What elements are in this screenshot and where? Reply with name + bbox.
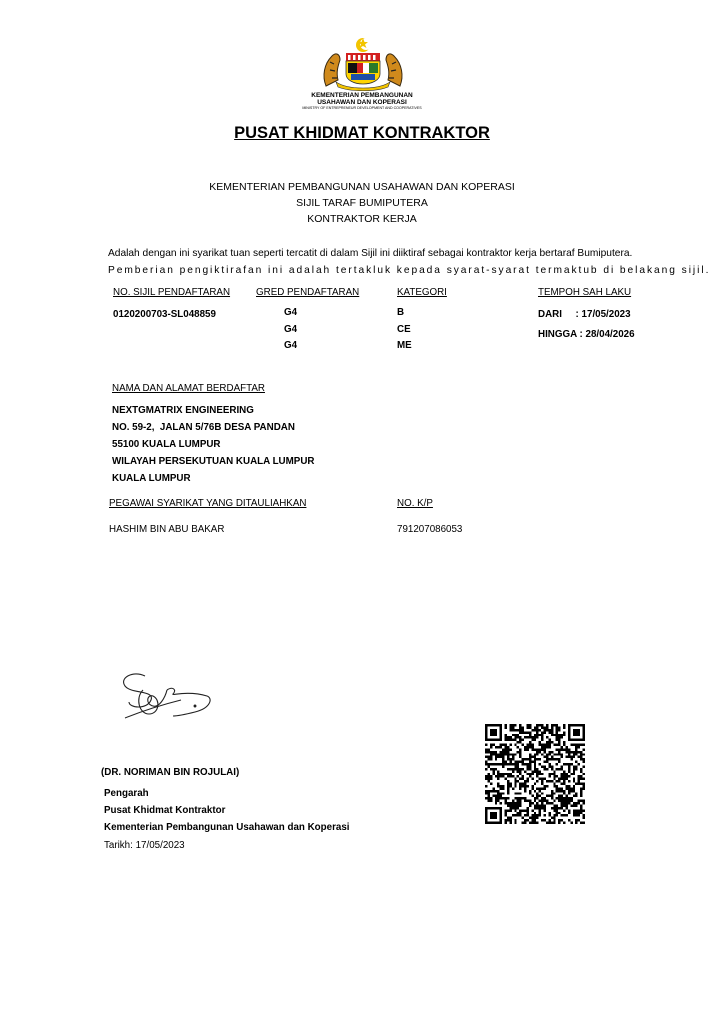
grade-list: G4 G4 G4 (284, 305, 297, 355)
ministry-english-name: MINISTRY OF ENTREPRENEUR DEVELOPMENT AND… (260, 106, 464, 111)
issue-date: Tarikh: 17/05/2023 (104, 840, 185, 851)
ministry-name-line-1: KEMENTERIAN PEMBANGUNAN (260, 92, 464, 99)
officer-ic-number: 791207086053 (397, 524, 462, 535)
validity-to: HINGGA : 28/04/2026 (538, 329, 635, 340)
signatory-title: Pengarah Pusat Khidmat Kontraktor Kement… (104, 785, 350, 836)
signatory-ministry: Kementerian Pembangunan Usahawan dan Kop… (104, 819, 350, 836)
ic-number-header: NO. K/P (397, 498, 433, 509)
address-line: 55100 KUALA LUMPUR (112, 436, 314, 453)
address-line: KUALA LUMPUR (112, 470, 314, 487)
ministry-name: KEMENTERIAN PEMBANGUNAN USAHAWAN DAN KOP… (260, 92, 464, 106)
officer-header: PEGAWAI SYARIKAT YANG DITAULIAHKAN (109, 498, 306, 509)
grade-item: G4 (284, 305, 297, 322)
address-line: WILAYAH PERSEKUTUAN KUALA LUMPUR (112, 453, 314, 470)
signatory-position: Pengarah (104, 785, 350, 802)
signatory-department: Pusat Khidmat Kontraktor (104, 802, 350, 819)
registered-address: NEXTGMATRIX ENGINEERING NO. 59-2, JALAN … (112, 402, 314, 487)
header-kategori: KATEGORI (397, 287, 447, 298)
statement-line-1: Adalah dengan ini syarikat tuan seperti … (108, 248, 632, 259)
heading-ministry: KEMENTERIAN PEMBANGUNAN USAHAWAN DAN KOP… (0, 179, 724, 195)
category-item: CE (397, 322, 412, 339)
signatory-name: (DR. NORIMAN BIN ROJULAI) (101, 767, 239, 778)
header-tempoh: TEMPOH SAH LAKU (538, 287, 631, 298)
header-no-sijil: NO. SIJIL PENDAFTARAN (113, 287, 230, 298)
validity-from: DARI : 17/05/2023 (538, 309, 631, 320)
category-list: B CE ME (397, 305, 412, 355)
grade-item: G4 (284, 322, 297, 339)
grade-item: G4 (284, 338, 297, 355)
heading-contractor-type: KONTRAKTOR KERJA (0, 211, 724, 227)
document-title: PUSAT KHIDMAT KONTRAKTOR (0, 124, 724, 143)
company-name: NEXTGMATRIX ENGINEERING (112, 402, 314, 419)
coat-of-arms-icon (318, 36, 408, 92)
category-item: ME (397, 338, 412, 355)
registration-number: 0120200703-SL048859 (113, 309, 216, 320)
qr-code-icon (485, 724, 585, 824)
officer-name: HASHIM BIN ABU BAKAR (109, 524, 224, 535)
certificate-heading: KEMENTERIAN PEMBANGUNAN USAHAWAN DAN KOP… (0, 179, 724, 227)
header-gred: GRED PENDAFTARAN (256, 287, 359, 298)
heading-certificate-type: SIJIL TARAF BUMIPUTERA (0, 195, 724, 211)
address-line: NO. 59-2, JALAN 5/76B DESA PANDAN (112, 419, 314, 436)
statement-line-2: Pemberian pengiktirafan ini adalah terta… (108, 265, 710, 276)
address-header: NAMA DAN ALAMAT BERDAFTAR (112, 383, 265, 394)
category-item: B (397, 305, 412, 322)
ministry-name-line-2: USAHAWAN DAN KOPERASI (260, 99, 464, 106)
signature-icon (115, 668, 215, 728)
